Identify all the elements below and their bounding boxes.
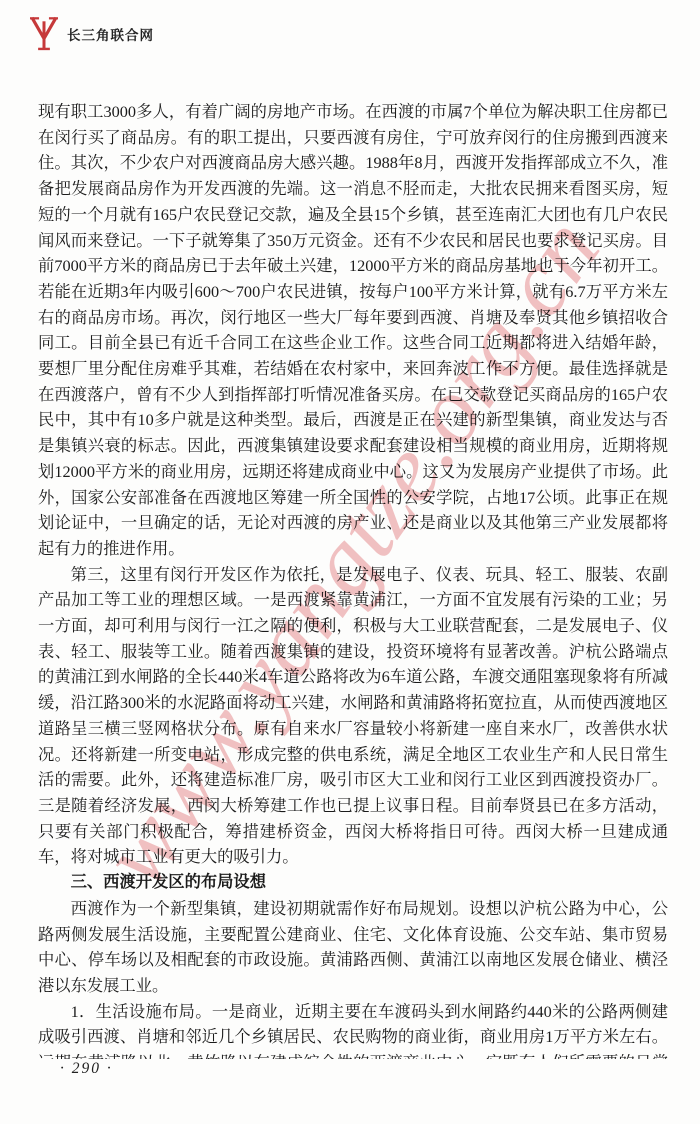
- document-page: 长三角联合网 现有职工3000多人，有着广阔的房地产市场。在西渡的市属7个单位为…: [0, 0, 700, 1124]
- paragraph-industry-base: 第三，这里有闵行开发区作为依托，是发展电子、仪表、玩具、轻工、服装、农副产品加工…: [38, 562, 668, 870]
- page-footer: · 290 ·: [60, 1060, 113, 1078]
- site-logo-icon: [30, 16, 58, 52]
- page-number: · 290 ·: [60, 1060, 113, 1077]
- paragraph-layout-plan: 西渡作为一个新型集镇，建设初期就需作好布局规划。设想以沪杭公路为中心，公路两侧发…: [38, 896, 668, 999]
- site-name: 长三角联合网: [67, 24, 154, 44]
- site-header: 长三角联合网: [30, 16, 154, 52]
- article-body: 现有职工3000多人，有着广阔的房地产市场。在西渡的市属7个单位为解决职工住房都…: [38, 99, 668, 1059]
- section-heading: 三、西渡开发区的布局设想: [38, 870, 668, 896]
- paragraph-living-facilities: 1．生活设施布局。一是商业，近期主要在车渡码头到水闸路约440米的公路两侧建成吸…: [38, 999, 668, 1059]
- paragraph-housing-market: 现有职工3000多人，有着广阔的房地产市场。在西渡的市属7个单位为解决职工住房都…: [38, 99, 668, 562]
